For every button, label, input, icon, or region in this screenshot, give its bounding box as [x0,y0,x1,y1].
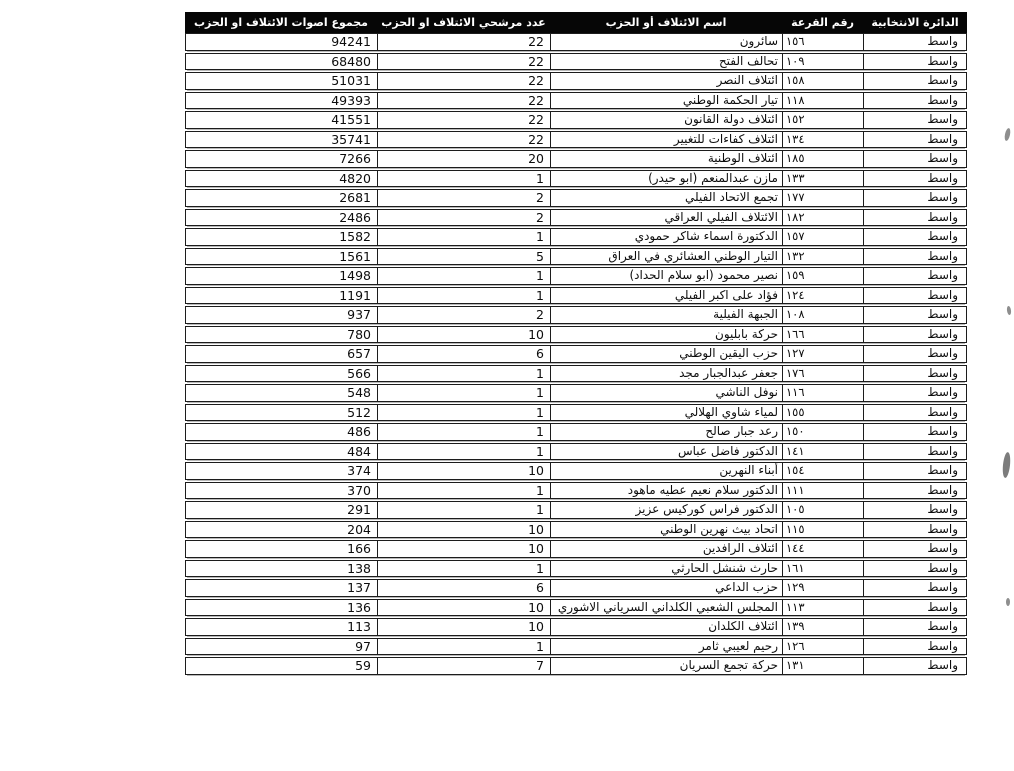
cell-coalition-name: ائتلاف دولة القانون [550,112,782,128]
cell-lottery-number: ١٢٩ [782,580,863,596]
header-total-votes: مجموع اصوات الائتلاف او الحزب [185,16,377,29]
cell-candidate-count: 6 [377,346,550,362]
cell-candidate-count: 10 [377,463,550,479]
table-body: 94241 22 سائرون ١٥٦ واسط 68480 22 تحالف … [185,33,967,675]
table-row: 59 7 حركة تجمع السريان ١٣١ واسط [185,657,967,675]
cell-district: واسط [863,190,966,206]
cell-lottery-number: ١٢٧ [782,346,863,362]
cell-coalition-name: حزب اليقين الوطني [550,346,782,362]
cell-district: واسط [863,483,966,499]
cell-lottery-number: ١١١ [782,483,863,499]
cell-candidate-count: 1 [377,424,550,440]
cell-candidate-count: 2 [377,210,550,226]
cell-total-votes: 2681 [186,190,377,206]
table-row: 291 1 الدكتور فراس كوركيس عزيز ١٠٥ واسط [185,501,967,519]
cell-total-votes: 51031 [186,73,377,89]
cell-total-votes: 780 [186,327,377,343]
cell-lottery-number: ١٣٩ [782,619,863,635]
cell-total-votes: 1561 [186,249,377,265]
table-row: 548 1 نوفل الناشي ١١٦ واسط [185,384,967,402]
cell-coalition-name: ائتلاف كفاءات للتغيير [550,132,782,148]
cell-district: واسط [863,249,966,265]
table-row: 4820 1 مازن عبدالمنعم (ابو حيدر) ١٣٣ واس… [185,170,967,188]
cell-district: واسط [863,151,966,167]
cell-total-votes: 370 [186,483,377,499]
cell-lottery-number: ١٥٤ [782,463,863,479]
cell-total-votes: 49393 [186,93,377,109]
table-row: 2486 2 الائتلاف الفيلي العراقي ١٨٢ واسط [185,209,967,227]
cell-coalition-name: مازن عبدالمنعم (ابو حيدر) [550,171,782,187]
cell-candidate-count: 1 [377,639,550,655]
table-row: 657 6 حزب اليقين الوطني ١٢٧ واسط [185,345,967,363]
cell-total-votes: 41551 [186,112,377,128]
cell-lottery-number: ١٦١ [782,561,863,577]
cell-district: واسط [863,580,966,596]
cell-candidate-count: 1 [377,483,550,499]
cell-total-votes: 566 [186,366,377,382]
cell-coalition-name: ائتلاف النصر [550,73,782,89]
cell-total-votes: 94241 [186,34,377,50]
election-results-table: مجموع اصوات الائتلاف او الحزب عدد مرشحي … [185,12,967,677]
cell-coalition-name: رعد جبار صالح [550,424,782,440]
cell-coalition-name: حركة بابليون [550,327,782,343]
cell-coalition-name: حركة تجمع السريان [550,658,782,674]
cell-district: واسط [863,54,966,70]
cell-lottery-number: ١٥٠ [782,424,863,440]
cell-lottery-number: ١٥٩ [782,268,863,284]
cell-district: واسط [863,444,966,460]
cell-lottery-number: ١٧٦ [782,366,863,382]
cell-total-votes: 512 [186,405,377,421]
table-row: 49393 22 تيار الحكمة الوطني ١١٨ واسط [185,92,967,110]
table-row: 35741 22 ائتلاف كفاءات للتغيير ١٣٤ واسط [185,131,967,149]
cell-lottery-number: ١٣٢ [782,249,863,265]
cell-district: واسط [863,561,966,577]
cell-lottery-number: ١٨٥ [782,151,863,167]
cell-candidate-count: 22 [377,132,550,148]
cell-coalition-name: الدكتور فراس كوركيس عزيز [550,502,782,518]
cell-district: واسط [863,210,966,226]
cell-district: واسط [863,288,966,304]
cell-lottery-number: ١٢٤ [782,288,863,304]
table-row: 7266 20 ائتلاف الوطنية ١٨٥ واسط [185,150,967,168]
cell-coalition-name: الدكتورة اسماء شاكر حمودي [550,229,782,245]
table-row: 370 1 الدكتور سلام نعيم عطيه ماهود ١١١ و… [185,482,967,500]
cell-district: واسط [863,424,966,440]
table-header-row: مجموع اصوات الائتلاف او الحزب عدد مرشحي … [185,12,967,33]
header-electoral-district: الدائرة الانتخابية [863,16,967,29]
table-row: 204 10 اتحاد بيث نهرين الوطني ١١٥ واسط [185,521,967,539]
cell-candidate-count: 10 [377,541,550,557]
cell-lottery-number: ١٢٦ [782,639,863,655]
cell-coalition-name: فؤاد على اكبر الفيلي [550,288,782,304]
cell-total-votes: 166 [186,541,377,557]
cell-coalition-name: لمياء شاوي الهلالي [550,405,782,421]
table-row: 374 10 أبناء النهرين ١٥٤ واسط [185,462,967,480]
cell-lottery-number: ١١٨ [782,93,863,109]
table-row: 566 1 جعفر عبدالجبار مجد ١٧٦ واسط [185,365,967,383]
cell-lottery-number: ١٨٢ [782,210,863,226]
cell-lottery-number: ١٧٧ [782,190,863,206]
cell-candidate-count: 22 [377,93,550,109]
cell-lottery-number: ١٣٣ [782,171,863,187]
cell-lottery-number: ١٣١ [782,658,863,674]
cell-lottery-number: ١٣٤ [782,132,863,148]
cell-district: واسط [863,502,966,518]
cell-candidate-count: 1 [377,288,550,304]
cell-district: واسط [863,346,966,362]
cell-coalition-name: جعفر عبدالجبار مجد [550,366,782,382]
cell-district: واسط [863,171,966,187]
cell-district: واسط [863,93,966,109]
cell-district: واسط [863,541,966,557]
cell-district: واسط [863,366,966,382]
header-candidate-count: عدد مرشحي الائتلاف او الحزب [377,16,550,29]
cell-total-votes: 374 [186,463,377,479]
scan-artifact [1002,452,1012,479]
cell-total-votes: 1582 [186,229,377,245]
cell-lottery-number: ١٤١ [782,444,863,460]
table-row: 486 1 رعد جبار صالح ١٥٠ واسط [185,423,967,441]
cell-total-votes: 113 [186,619,377,635]
cell-candidate-count: 7 [377,658,550,674]
scan-artifact [1006,306,1011,315]
cell-district: واسط [863,405,966,421]
cell-district: واسط [863,600,966,616]
scan-artifact [1004,128,1012,142]
cell-coalition-name: التيار الوطني العشائري في العراق [550,249,782,265]
cell-candidate-count: 2 [377,190,550,206]
cell-lottery-number: ١١٣ [782,600,863,616]
table-row: 484 1 الدكتور فاضل عباس ١٤١ واسط [185,443,967,461]
cell-candidate-count: 1 [377,366,550,382]
cell-coalition-name: الدكتور فاضل عباس [550,444,782,460]
cell-total-votes: 7266 [186,151,377,167]
table-row: 1582 1 الدكتورة اسماء شاكر حمودي ١٥٧ واس… [185,228,967,246]
cell-coalition-name: حارث شنشل الحارثي [550,561,782,577]
cell-total-votes: 937 [186,307,377,323]
table-row: 2681 2 تجمع الاتحاد الفيلي ١٧٧ واسط [185,189,967,207]
cell-coalition-name: تحالف الفتح [550,54,782,70]
cell-district: واسط [863,463,966,479]
cell-coalition-name: الجبهة الفيلية [550,307,782,323]
cell-lottery-number: ١٤٤ [782,541,863,557]
header-coalition-name: اسم الائتلاف أو الحزب [550,16,782,29]
cell-coalition-name: سائرون [550,34,782,50]
cell-total-votes: 1191 [186,288,377,304]
cell-total-votes: 657 [186,346,377,362]
cell-candidate-count: 1 [377,444,550,460]
cell-total-votes: 136 [186,600,377,616]
cell-candidate-count: 10 [377,522,550,538]
table-row: 937 2 الجبهة الفيلية ١٠٨ واسط [185,306,967,324]
cell-total-votes: 97 [186,639,377,655]
cell-lottery-number: ١٠٥ [782,502,863,518]
table-row: 94241 22 سائرون ١٥٦ واسط [185,33,967,51]
table-row: 97 1 رحيم لعيبي ثامر ١٢٦ واسط [185,638,967,656]
cell-candidate-count: 22 [377,34,550,50]
table-row: 138 1 حارث شنشل الحارثي ١٦١ واسط [185,560,967,578]
cell-lottery-number: ١٠٩ [782,54,863,70]
table-row: 113 10 ائتلاف الكلدان ١٣٩ واسط [185,618,967,636]
cell-district: واسط [863,658,966,674]
cell-candidate-count: 5 [377,249,550,265]
cell-coalition-name: حزب الداعي [550,580,782,596]
cell-total-votes: 138 [186,561,377,577]
cell-coalition-name: ائتلاف الكلدان [550,619,782,635]
cell-coalition-name: أبناء النهرين [550,463,782,479]
cell-candidate-count: 20 [377,151,550,167]
cell-candidate-count: 2 [377,307,550,323]
cell-candidate-count: 1 [377,385,550,401]
header-lottery-number: رقم القرعة [782,16,863,29]
cell-lottery-number: ١٥٢ [782,112,863,128]
cell-coalition-name: تجمع الاتحاد الفيلي [550,190,782,206]
cell-total-votes: 291 [186,502,377,518]
cell-lottery-number: ١٥٧ [782,229,863,245]
cell-district: واسط [863,619,966,635]
cell-coalition-name: رحيم لعيبي ثامر [550,639,782,655]
cell-district: واسط [863,73,966,89]
cell-coalition-name: المجلس الشعبي الكلداني السرياني الاشوري [550,600,782,616]
cell-candidate-count: 1 [377,229,550,245]
table-row: 41551 22 ائتلاف دولة القانون ١٥٢ واسط [185,111,967,129]
cell-total-votes: 2486 [186,210,377,226]
table-row: 1498 1 نصير محمود (ابو سلام الحداد) ١٥٩ … [185,267,967,285]
cell-coalition-name: نوفل الناشي [550,385,782,401]
cell-candidate-count: 22 [377,54,550,70]
cell-coalition-name: ائتلاف الوطنية [550,151,782,167]
cell-total-votes: 4820 [186,171,377,187]
cell-lottery-number: ١٥٨ [782,73,863,89]
table-row: 1561 5 التيار الوطني العشائري في العراق … [185,248,967,266]
cell-coalition-name: نصير محمود (ابو سلام الحداد) [550,268,782,284]
cell-district: واسط [863,268,966,284]
cell-candidate-count: 10 [377,327,550,343]
cell-district: واسط [863,639,966,655]
cell-district: واسط [863,132,966,148]
cell-lottery-number: ١٦٦ [782,327,863,343]
cell-total-votes: 35741 [186,132,377,148]
cell-total-votes: 137 [186,580,377,596]
table-row: 68480 22 تحالف الفتح ١٠٩ واسط [185,53,967,71]
cell-district: واسط [863,522,966,538]
cell-candidate-count: 1 [377,171,550,187]
cell-coalition-name: اتحاد بيث نهرين الوطني [550,522,782,538]
cell-district: واسط [863,385,966,401]
table-row: 136 10 المجلس الشعبي الكلداني السرياني ا… [185,599,967,617]
cell-coalition-name: الدكتور سلام نعيم عطيه ماهود [550,483,782,499]
cell-lottery-number: ١١٦ [782,385,863,401]
table-row: 166 10 ائتلاف الرافدين ١٤٤ واسط [185,540,967,558]
cell-total-votes: 68480 [186,54,377,70]
cell-total-votes: 59 [186,658,377,674]
table-row: 137 6 حزب الداعي ١٢٩ واسط [185,579,967,597]
cell-candidate-count: 22 [377,73,550,89]
cell-lottery-number: ١١٥ [782,522,863,538]
table-row: 1191 1 فؤاد على اكبر الفيلي ١٢٤ واسط [185,287,967,305]
cell-candidate-count: 1 [377,268,550,284]
cell-district: واسط [863,307,966,323]
cell-candidate-count: 6 [377,580,550,596]
cell-candidate-count: 22 [377,112,550,128]
cell-district: واسط [863,34,966,50]
cell-total-votes: 486 [186,424,377,440]
cell-lottery-number: ١٥٦ [782,34,863,50]
cell-district: واسط [863,112,966,128]
cell-total-votes: 204 [186,522,377,538]
cell-candidate-count: 1 [377,405,550,421]
cell-lottery-number: ١٠٨ [782,307,863,323]
table-row: 780 10 حركة بابليون ١٦٦ واسط [185,326,967,344]
cell-district: واسط [863,229,966,245]
cell-candidate-count: 10 [377,619,550,635]
cell-candidate-count: 10 [377,600,550,616]
cell-candidate-count: 1 [377,502,550,518]
cell-total-votes: 548 [186,385,377,401]
cell-coalition-name: الائتلاف الفيلي العراقي [550,210,782,226]
cell-coalition-name: تيار الحكمة الوطني [550,93,782,109]
scan-artifact [1006,598,1010,606]
cell-total-votes: 1498 [186,268,377,284]
cell-total-votes: 484 [186,444,377,460]
cell-lottery-number: ١٥٥ [782,405,863,421]
cell-coalition-name: ائتلاف الرافدين [550,541,782,557]
table-row: 51031 22 ائتلاف النصر ١٥٨ واسط [185,72,967,90]
cell-candidate-count: 1 [377,561,550,577]
table-row: 512 1 لمياء شاوي الهلالي ١٥٥ واسط [185,404,967,422]
cell-district: واسط [863,327,966,343]
